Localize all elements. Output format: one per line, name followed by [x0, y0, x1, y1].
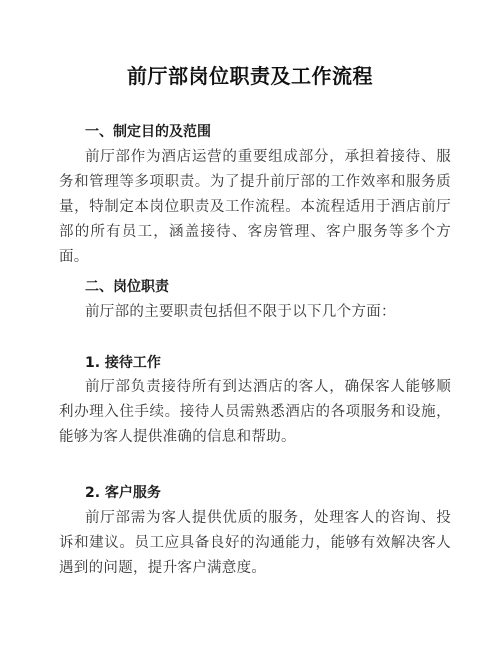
document-title: 前厅部岗位职责及工作流程	[0, 60, 500, 89]
subsection-paragraph-reception: 前厅部负责接待所有到达酒店的客人，确保客人能够顺利办理入住手续。接待人员需熟悉酒…	[59, 375, 451, 450]
section-paragraph-purpose: 前厅部作为酒店运营的重要组成部分，承担着接待、服务和管理等多项职责。为了提升前厅…	[59, 145, 451, 270]
section-heading-duties: 二、岗位职责	[85, 276, 169, 296]
subsection-heading-customer-service: 2. 客户服务	[85, 482, 161, 502]
subsection-paragraph-customer-service: 前厅部需为客人提供优质的服务，处理客人的咨询、投诉和建议。员工应具备良好的沟通能…	[59, 506, 451, 581]
subsection-heading-reception: 1. 接待工作	[85, 352, 161, 372]
section-heading-purpose: 一、制定目的及范围	[85, 121, 211, 141]
section-paragraph-duties: 前厅部的主要职责包括但不限于以下几个方面：	[85, 300, 477, 325]
